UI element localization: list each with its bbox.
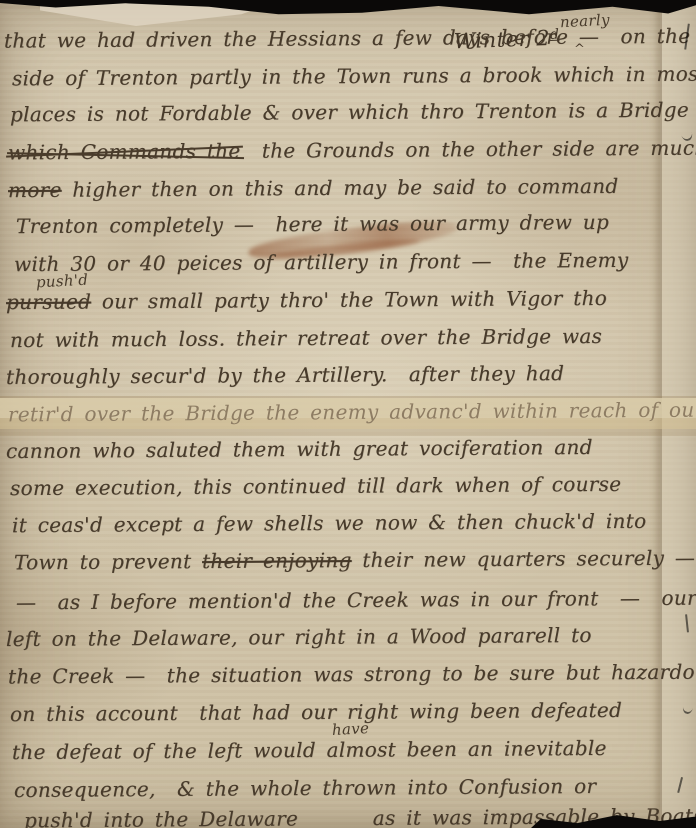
manuscript-line: the defeat of the left would almost been… [12, 736, 607, 764]
manuscript-line: thoroughly secur'd by the Artillery. aft… [6, 361, 564, 389]
scanned-letter-screenshot: Winter 2d nearly ^ push'd have that we h… [0, 0, 696, 828]
line-text: not with much loss. their retreat over t… [10, 324, 602, 352]
line-text: higher then on this and may be said to c… [62, 174, 619, 202]
struck-out-text: pursued [6, 290, 91, 315]
struck-out-text: their enjoying [202, 548, 352, 573]
line-text: Town to prevent [14, 549, 202, 574]
manuscript-line: Trenton completely — here it was our arm… [16, 210, 609, 238]
manuscript-line: retir'd over the Bridge the enemy advanc… [8, 398, 696, 427]
manuscript-line: left on the Delaware, our right in a Woo… [6, 623, 592, 651]
struck-out-text: more [8, 178, 62, 202]
manuscript-line: which Commands the the Grounds on the ot… [8, 136, 696, 165]
manuscript-line: that we had driven the Hessians a few da… [4, 23, 696, 52]
manuscript-line: places is not Fordable & over which thro… [10, 98, 689, 127]
line-text: that we had driven the Hessians a few da… [4, 23, 696, 52]
manuscript-line: Town to prevent their enjoying their new… [14, 546, 695, 575]
manuscript-line: with 30 or 40 peices of artillery in fro… [14, 248, 629, 276]
line-text: their new quarters securely — [352, 546, 696, 572]
manuscript-line: the Creek — the situation was strong to … [8, 660, 696, 689]
struck-out-text: which Commands the [8, 139, 241, 165]
line-text: with 30 or 40 peices of artillery in fro… [14, 248, 629, 276]
line-text: side of Trenton partly in the Town runs … [12, 62, 696, 91]
line-text: left on the Delaware, our right in a Woo… [6, 623, 592, 651]
line-text: retir'd over the Bridge the enemy advanc… [8, 398, 696, 427]
line-text: our small party thro' the Town with Vigo… [91, 286, 607, 314]
ink-bleed-mark [685, 614, 696, 633]
line-text: on this account that had our right wing … [10, 698, 622, 726]
manuscript-line: pursued our small party thro' the Town w… [6, 286, 607, 314]
manuscript-line: not with much loss. their retreat over t… [10, 324, 602, 352]
manuscript-line: side of Trenton partly in the Town runs … [12, 62, 696, 91]
manuscript-line: on this account that had our right wing … [10, 698, 622, 726]
line-text: thoroughly secur'd by the Artillery. aft… [6, 361, 564, 389]
line-text: some execution, this continued till dark… [10, 472, 621, 500]
manuscript-line: cannon who saluted them with great vocif… [6, 435, 593, 463]
line-text: the Creek — the situation was strong to … [8, 660, 696, 689]
manuscript-line: consequence, & the whole thrown into Con… [14, 774, 596, 802]
line-text: it ceas'd except a few shells we now & t… [12, 509, 647, 537]
line-text: places is not Fordable & over which thro… [10, 98, 689, 127]
manuscript-line: — as I before mention'd the Creek was in… [16, 586, 696, 615]
manuscript-line: it ceas'd except a few shells we now & t… [12, 509, 647, 537]
manuscript-line: some execution, this continued till dark… [10, 472, 621, 500]
line-text: consequence, & the whole thrown into Con… [14, 774, 596, 802]
line-text: the defeat of the left would almost been… [12, 736, 607, 764]
line-text: cannon who saluted them with great vocif… [6, 435, 593, 463]
line-text: — as I before mention'd the Creek was in… [16, 586, 696, 615]
manuscript-line: more higher then on this and may be said… [8, 174, 619, 202]
line-text: the Grounds on the other side are much [240, 136, 696, 163]
line-text: Trenton completely — here it was our arm… [16, 210, 609, 238]
